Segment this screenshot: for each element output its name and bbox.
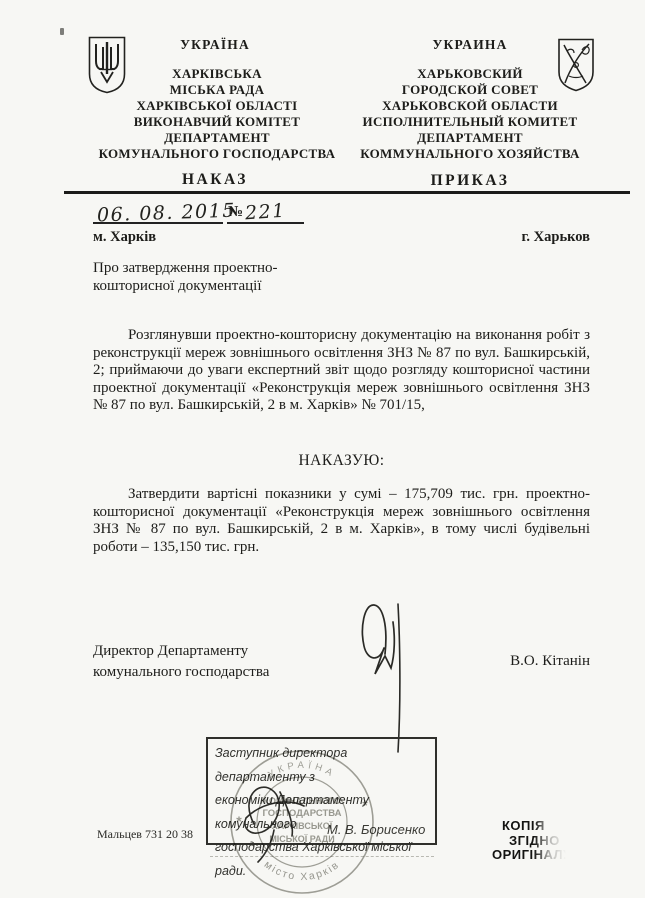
seal-arc-bottom-text: місто Харків [262, 859, 342, 884]
signatory-name: В.О. Кітанін [475, 653, 590, 670]
subject-line: кошторисної документації [93, 277, 333, 295]
seal-center-line: ХАРКІВСЬКОЇ [272, 821, 333, 831]
kharkiv-city-emblem-icon [557, 38, 595, 92]
header-divider [64, 191, 630, 194]
number-sign: № [228, 204, 243, 221]
seal-star-right: * [362, 797, 368, 813]
seal-center-line: МІСЬКОЇ РАДИ [269, 834, 334, 844]
date-underline [93, 222, 223, 224]
executor-contact: Мальцев 731 20 38 [97, 827, 193, 842]
org-line: ИСПОЛНИТЕЛЬНЫЙ КОМИТЕТ [345, 114, 595, 130]
country-name-right: УКРАИНА [385, 37, 555, 53]
round-seal: УКРАЇНА місто Харків КОМУНАЛЬНОГО ГОСПОД… [226, 748, 378, 898]
doc-type-right: ПРИКАЗ [385, 172, 555, 190]
copy-mark-line: ЗГІДНО [492, 834, 612, 849]
svg-text:місто Харків: місто Харків [262, 859, 342, 884]
order-word: НАКАЗУЮ: [93, 452, 590, 470]
subject: Про затвердження проектно- кошторисної д… [93, 259, 333, 295]
handwritten-number: 221 [244, 200, 286, 225]
subject-line: Про затвердження проектно- [93, 259, 333, 277]
org-line: ДЕПАРТАМЕНТ [345, 130, 595, 146]
body-paragraph-1: Розглянувши проектно-кошторисну документ… [93, 327, 590, 415]
copy-mark-line: ОРИГІНАЛУ [492, 848, 612, 863]
org-line: МІСЬКА РАДА [72, 82, 362, 98]
body-paragraph-2: Затвердити вартісні показники у сумі – 1… [93, 486, 590, 556]
copy-mark-line: КОПІЯ [492, 819, 612, 834]
org-line: ХАРКІВСЬКА [72, 66, 362, 82]
signatory-title-line: комунального господарства [93, 662, 269, 683]
number-underline [227, 222, 304, 224]
org-line: КОМУНАЛЬНОГО ГОСПОДАРСТВА [72, 146, 362, 162]
org-line: КОММУНАЛЬНОГО ХОЗЯЙСТВА [345, 146, 595, 162]
scanned-order-document: УКРАЇНА ХАРКІВСЬКА МІСЬКА РАДА ХАРКІВСЬК… [0, 0, 645, 898]
scan-artifact [60, 28, 64, 35]
country-name-left: УКРАЇНА [115, 37, 315, 53]
signatory-title: Директор Департаменту комунального госпо… [93, 641, 269, 683]
org-line: ХАРЬКОВСКОЙ ОБЛАСТИ [345, 98, 595, 114]
org-name-left: ХАРКІВСЬКА МІСЬКА РАДА ХАРКІВСЬКОЇ ОБЛАС… [72, 66, 362, 162]
city-left: м. Харків [93, 229, 156, 246]
signatory-title-line: Директор Департаменту [93, 641, 269, 662]
copy-certification-mark: КОПІЯ ЗГІДНО ОРИГІНАЛУ [492, 819, 612, 863]
seal-center-line: ГОСПОДАРСТВА [262, 808, 341, 819]
city-right: г. Харьков [475, 229, 590, 246]
doc-type-left: НАКАЗ [115, 171, 315, 189]
org-line: ХАРКІВСЬКОЇ ОБЛАСТІ [72, 98, 362, 114]
org-line: ДЕПАРТАМЕНТ [72, 130, 362, 146]
org-line: ВИКОНАВЧИЙ КОМІТЕТ [72, 114, 362, 130]
director-signature [352, 596, 422, 756]
seal-center-line: КОМУНАЛЬНОГО [264, 796, 341, 806]
seal-star-left: * [236, 813, 242, 829]
